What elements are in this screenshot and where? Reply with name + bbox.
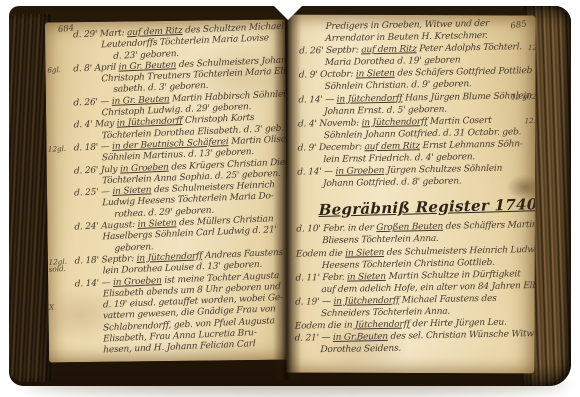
margin-fee-note: X xyxy=(49,303,73,312)
left-page-text: d. 29' Mart: auf dem Ritz des Schultzen … xyxy=(51,20,289,360)
right-page: 685 Predigers in Groeben, Witwe und derA… xyxy=(286,15,535,374)
right-page-lower-entries: d. 10' Febr. in der Großen Beuten des Sc… xyxy=(290,219,535,357)
right-page-upper-entries: Predigers in Groeben, Witwe und derArren… xyxy=(293,17,536,191)
left-page: 684 d. 29' Mart: auf dem Ritz des Schult… xyxy=(45,20,289,363)
margin-fee-note: 12gl. xyxy=(48,145,72,154)
gutter-shadow xyxy=(273,12,301,380)
book: 684 d. 29' Mart: auf dem Ritz des Schult… xyxy=(9,6,571,386)
book-photo: 684 d. 29' Mart: auf dem Ritz des Schult… xyxy=(0,0,580,397)
margin-fee-note: 6gl. xyxy=(47,65,71,74)
right-page-text: Predigers in Groeben, Witwe und derArren… xyxy=(290,17,535,357)
burial-register-heading: Begräbniß Register 1740. xyxy=(319,196,536,220)
gutter-top-notch xyxy=(272,4,304,20)
